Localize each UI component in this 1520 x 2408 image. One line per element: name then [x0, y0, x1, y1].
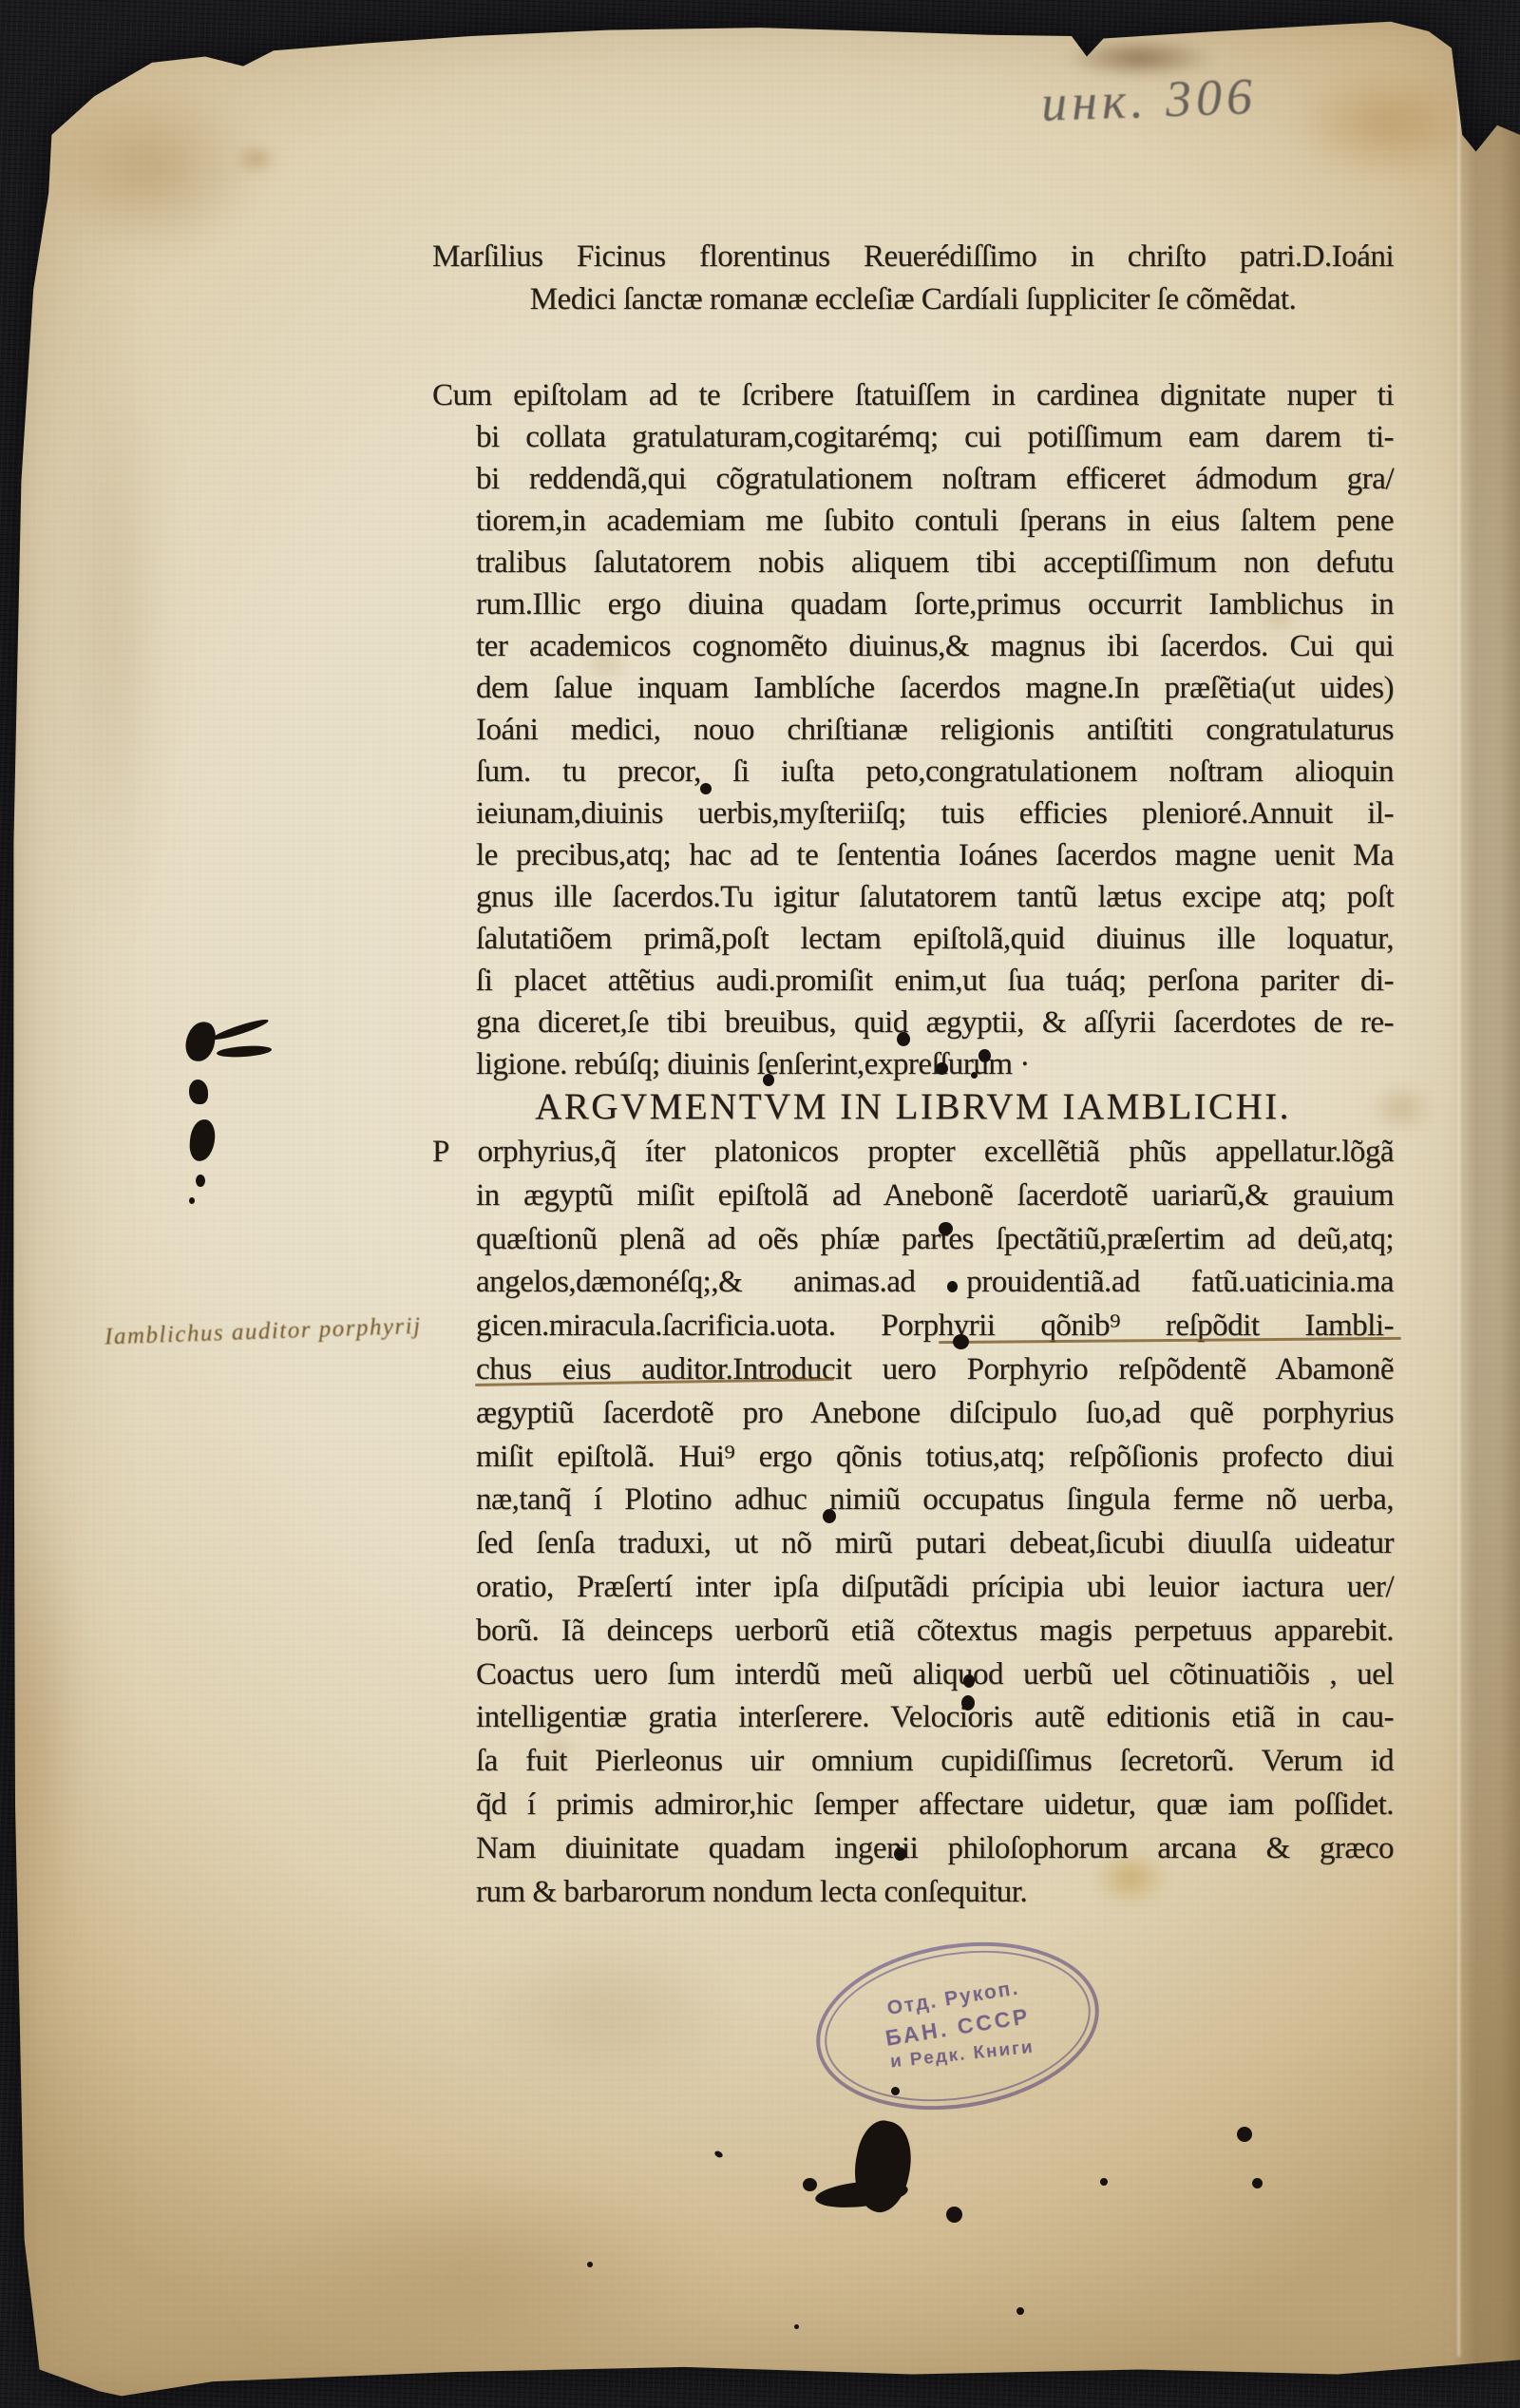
text-line: Cum epiſtolam ad te ſcribere ſtatuiſſem … [432, 374, 1394, 416]
text-line: ſa fuit Pierleonus uir omnium cupidiſſim… [476, 1740, 1394, 1784]
stain [475, 1929, 741, 2091]
ink-blot [978, 1049, 991, 1062]
text-line: bi reddendã,qui cõgratulationem noſtram … [476, 458, 1394, 500]
text-line: ſum. tu precor, ſi iuſta peto,congratula… [476, 751, 1394, 793]
text-line: P orphyrius,q̃ íter platonicos propter e… [432, 1131, 1394, 1175]
ink-blot [189, 1197, 195, 1204]
stain [237, 2167, 712, 2385]
stain [0, 1463, 76, 1996]
ink-blot [814, 2177, 909, 2211]
header-line: Medici ſanctæ romanæ eccleſiæ Cardíali ſ… [432, 278, 1394, 321]
stain [57, 285, 171, 950]
page-fold-crease [1457, 57, 1460, 2357]
stain [234, 143, 277, 175]
text-line: bi collata gratulaturam,cogitarémq; cui … [476, 416, 1394, 458]
header-line: Marſilius Ficinus florentinus Reuerédiſſ… [432, 236, 1394, 278]
text-line: miſit epiſtolã. Hui⁹ ergo qõnis totius,a… [476, 1436, 1394, 1480]
ink-blot [196, 1175, 205, 1187]
ink-blot [803, 2178, 817, 2191]
text-line: chus eius auditor.Introducit uero Porphy… [476, 1348, 1394, 1392]
ink-blot [1100, 2178, 1108, 2186]
argumentum-heading: ARGVMENTVM IN LIBRVM IAMBLICHI. [432, 1084, 1394, 1130]
ink-blot [763, 1074, 774, 1086]
text-line: ſi placet attẽtius audi.promiſit enim,ut… [476, 960, 1394, 1002]
ink-blot [947, 1281, 958, 1292]
text-line: gicen.miracula.ſacrificia.uota. Porphyri… [476, 1305, 1394, 1348]
ink-blot [1237, 2127, 1252, 2142]
ink-blot [897, 1032, 910, 1046]
text-line: q̃d í primis admiror,hic ſemper affectar… [476, 1784, 1394, 1827]
ink-blot [217, 1044, 273, 1059]
text-line: ligione. rebúſq; diuinis ſenſerint,expre… [476, 1043, 1394, 1085]
page-fold-shading [1452, 19, 1520, 2376]
text-line: intelligentiæ gratia interſerere. Veloci… [476, 1696, 1394, 1740]
ink-blot [961, 1695, 975, 1710]
ink-blot [963, 1674, 975, 1688]
text-line: in ægyptũ miſit epiſtolã ad Anebonẽ ſace… [476, 1175, 1394, 1218]
text-line: quæſtionũ plenã ad oẽs phíæ partes ſpect… [476, 1218, 1394, 1262]
ink-blot [189, 1080, 208, 1104]
paper-wrap: инк. 306 Marſilius Ficinus florentinus R… [0, 0, 1520, 2408]
paper-page: инк. 306 Marſilius Ficinus florentinus R… [0, 0, 1520, 2408]
text-line: oratio, Præſertí inter ipſa diſputãdi pr… [476, 1566, 1394, 1610]
ink-blot [700, 783, 712, 794]
text-line: Nam diuinitate quadam ingenii philoſopho… [476, 1827, 1394, 1871]
ink-blot [971, 1072, 978, 1079]
text-line: angelos,dæmonéſq;,& animas.ad prouidenti… [476, 1261, 1394, 1305]
text-line: dem ſalue inquam Iamblíche ſacerdos magn… [476, 667, 1394, 709]
text-line: ſed ſenſa traduxi, ut nõ mirũ putari deb… [476, 1522, 1394, 1566]
text-line: le precibus,atq; hac ad te ſententia Ioá… [476, 834, 1394, 876]
ink-blot [188, 1118, 216, 1162]
ink-blot [823, 1509, 836, 1523]
ink-blot [1016, 2307, 1024, 2315]
text-line: tiorem,in academiam me ſubito contuli ſp… [476, 500, 1394, 542]
ink-blot [894, 1847, 906, 1861]
dedication-header: Marſilius Ficinus florentinus Reuerédiſſ… [432, 236, 1394, 321]
text-line: rum.Illic ergo diuina quadam ſorte,primu… [476, 583, 1394, 625]
text-line: Coactus uero ſum interdũ meũ aliquod uer… [476, 1653, 1394, 1697]
text-line: gna diceret,ſe tibi breuibus, quid ægypt… [476, 1002, 1394, 1043]
text-line: tralibus ſalutatorem nobis aliquem tibi … [476, 542, 1394, 583]
text-line: Ioáni medici, nouo chriſtianæ religionis… [476, 709, 1394, 751]
ink-blot [939, 1222, 953, 1235]
photo-backdrop: инк. 306 Marſilius Ficinus florentinus R… [0, 0, 1520, 2408]
ink-blot [713, 2150, 724, 2159]
text-line: ægyptiũ ſacerdotẽ pro Anebone diſcipulo … [476, 1392, 1394, 1436]
text-line: rum & barbarorum nondum lecta conſequitu… [476, 1871, 1394, 1915]
ink-blot [183, 1020, 218, 1063]
text-line: borũ. Iã deinceps uerborũ etiã cõtextus … [476, 1610, 1394, 1653]
library-stamp: Отд. Рукоп.БАН. СССРи Редк. Книги [804, 1923, 1111, 2130]
ink-blot [1252, 2178, 1263, 2188]
ink-blot [936, 1062, 948, 1075]
text-line: næ,tanq̃ í Plotino adhuc nimiũ occupatus… [476, 1479, 1394, 1522]
ink-blot [587, 2262, 593, 2267]
argumentum-paragraph: P orphyrius,q̃ íter platonicos propter e… [432, 1131, 1394, 1914]
inventory-number-annotation: инк. 306 [1040, 67, 1258, 133]
ink-blot [211, 1017, 270, 1043]
text-line: ter academicos cognomẽto diuinus,& magnu… [476, 625, 1394, 667]
ink-blot [891, 2087, 900, 2095]
dedication-paragraph: Cum epiſtolam ad te ſcribere ſtatuiſſem … [432, 374, 1394, 1085]
ink-blot [953, 1334, 969, 1349]
text-line: ſalutatiõem primã,poſt lectam epiſtolã,q… [476, 918, 1394, 960]
ink-blot [794, 2324, 799, 2329]
ink-blot [946, 2207, 962, 2223]
stain [34, 82, 262, 253]
text-line: ieiunam,diuinis uerbis,myſteriiſq; tuis … [476, 793, 1394, 834]
stamp-text: Отд. Рукоп.БАН. СССРи Редк. Книги [808, 1927, 1107, 2125]
text-line: gnus ille ſacerdos.Tu igitur ſalutatorem… [476, 876, 1394, 918]
